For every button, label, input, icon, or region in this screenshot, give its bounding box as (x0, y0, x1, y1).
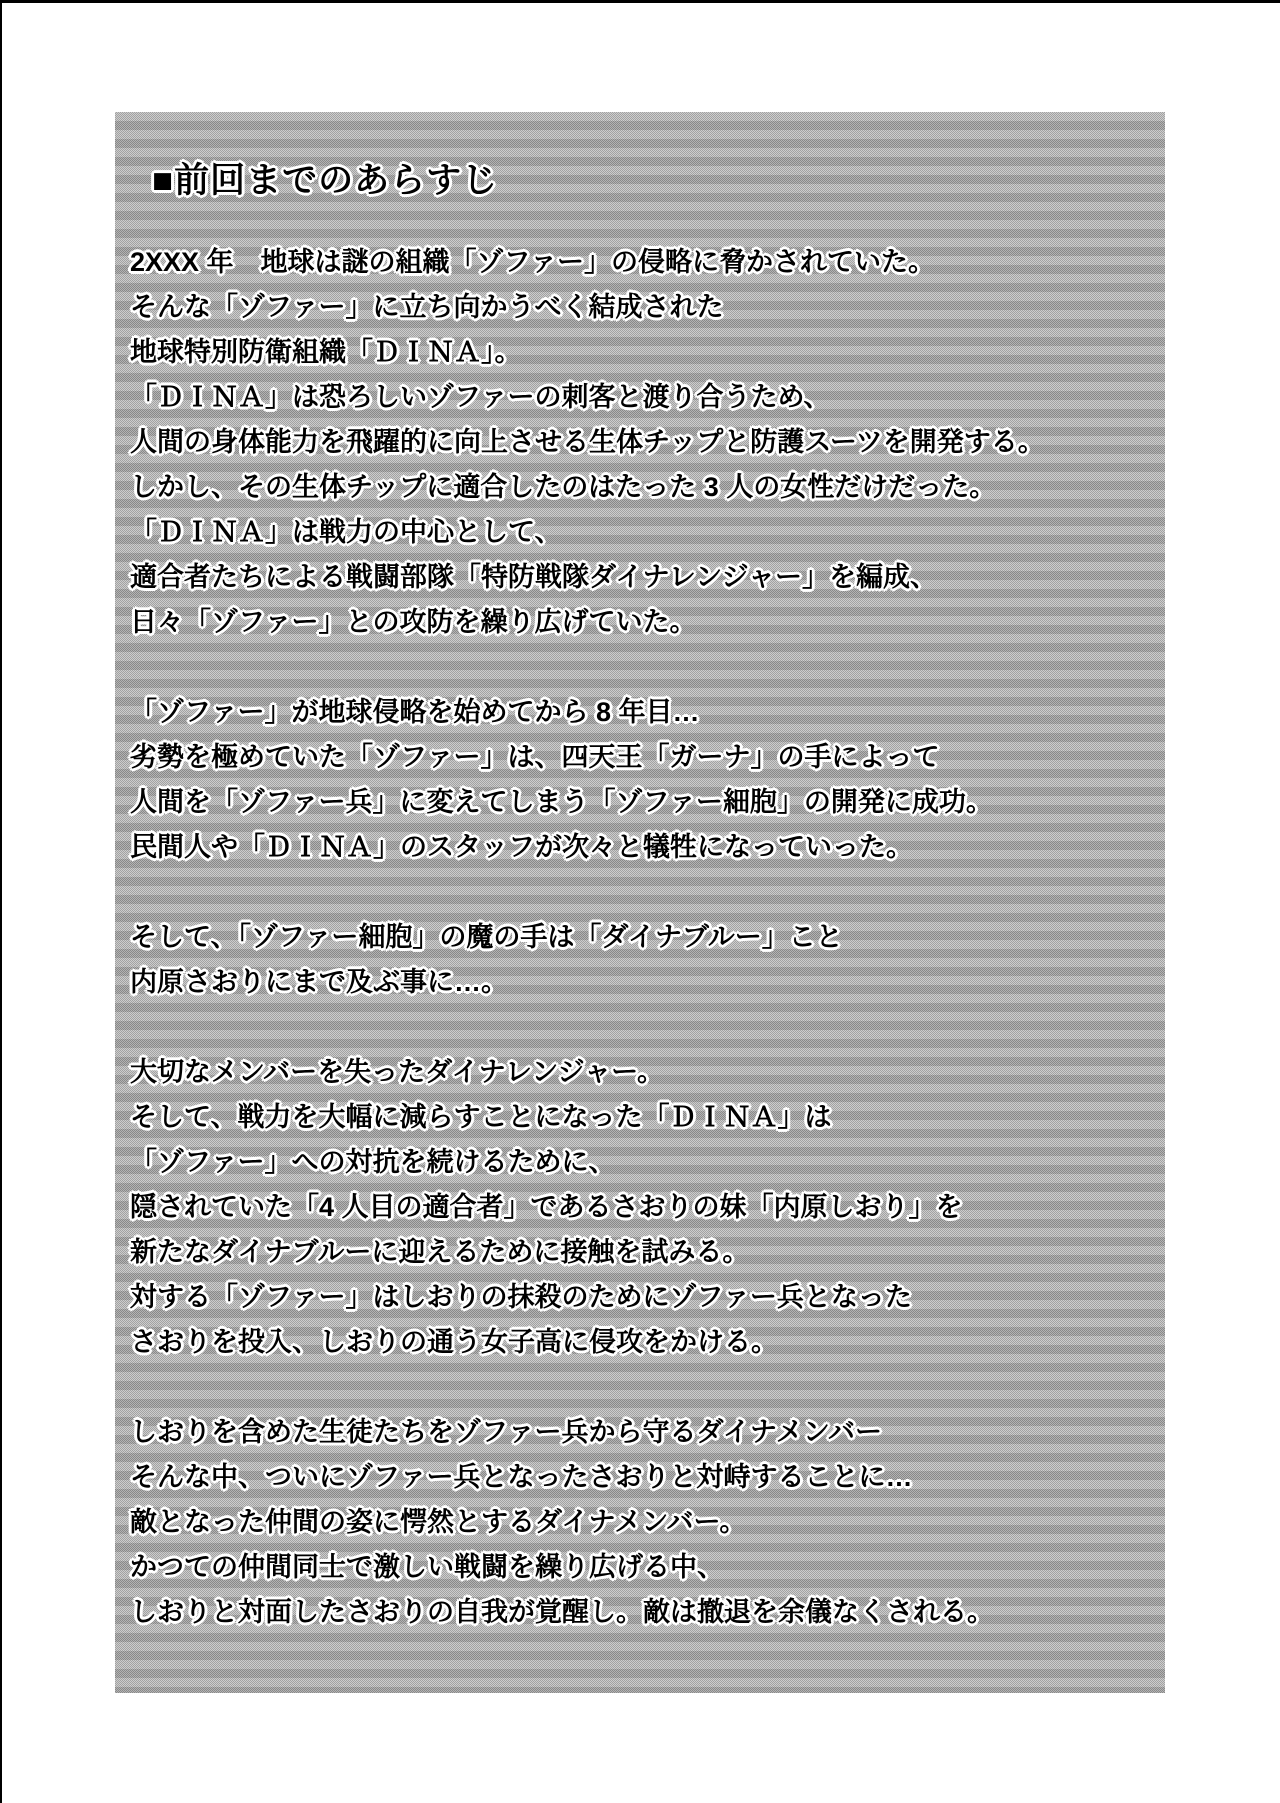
synopsis-line: 地球特別防衛組織「ＤＩＮＡ」。 (130, 330, 1165, 375)
synopsis-line: 2XXX 年 地球は謎の組織「ゾファー」の侵略に脅かされていた。 (130, 240, 1165, 285)
synopsis-line: そして、「ゾファー細胞」の魔の手は「ダイナブルー」こと (130, 915, 1165, 960)
synopsis-line: 「ゾファー」への対抗を続けるために、 (130, 1140, 1165, 1185)
synopsis-paragraph: そして、「ゾファー細胞」の魔の手は「ダイナブルー」こと 内原さおりにまで及ぶ事に… (130, 915, 1165, 1005)
synopsis-line: 対する「ゾファー」はしおりの抹殺のためにゾファー兵となった (130, 1275, 1165, 1320)
synopsis-line: しおりと対面したさおりの自我が覚醒し。敵は撤退を余儀なくされる。 (130, 1590, 1165, 1635)
synopsis-line: 適合者たちによる戦闘部隊「特防戦隊ダイナレンジャー」を編成、 (130, 555, 1165, 600)
synopsis-paragraph: しおりを含めた生徒たちをゾファー兵から守るダイナメンバー そんな中、ついにゾファ… (130, 1410, 1165, 1635)
synopsis-line: しかし、その生体チップに適合したのはたった 3 人の女性だけだった。 (130, 465, 1165, 510)
synopsis-paragraph: 大切なメンバーを失ったダイナレンジャー。 そして、戦力を大幅に減らすことになった… (130, 1050, 1165, 1365)
synopsis-line: 日々「ゾファー」との攻防を繰り広げていた。 (130, 600, 1165, 645)
synopsis-line: 「ＤＩＮＡ」は恐ろしいゾファーの刺客と渡り合うため、 (130, 375, 1165, 420)
synopsis-line: 人間の身体能力を飛躍的に向上させる生体チップと防護スーツを開発する。 (130, 420, 1165, 465)
synopsis-line: 「ゾファー」が地球侵略を始めてから 8 年目… (130, 690, 1165, 735)
page-title: ■前回までのあらすじ (152, 158, 1165, 203)
synopsis-line: 内原さおりにまで及ぶ事に…。 (130, 960, 1165, 1005)
synopsis-line: さおりを投入、しおりの通う女子高に侵攻をかける。 (130, 1320, 1165, 1365)
synopsis-line: 新たなダイナブルーに迎えるために接触を試みる。 (130, 1230, 1165, 1275)
synopsis-line: しおりを含めた生徒たちをゾファー兵から守るダイナメンバー (130, 1410, 1165, 1455)
synopsis-paragraph: 2XXX 年 地球は謎の組織「ゾファー」の侵略に脅かされていた。 そんな「ゾファ… (130, 240, 1165, 645)
synopsis-line: 大切なメンバーを失ったダイナレンジャー。 (130, 1050, 1165, 1095)
synopsis-paragraph: 「ゾファー」が地球侵略を始めてから 8 年目… 劣勢を極めていた「ゾファー」は、… (130, 690, 1165, 870)
synopsis-body: 2XXX 年 地球は謎の組織「ゾファー」の侵略に脅かされていた。 そんな「ゾファ… (130, 240, 1165, 1635)
synopsis-line: 人間を「ゾファー兵」に変えてしまう「ゾファー細胞」の開発に成功。 (130, 780, 1165, 825)
synopsis-line: そして、戦力を大幅に減らすことになった「ＤＩＮＡ」は (130, 1095, 1165, 1140)
synopsis-line: そんな中、ついにゾファー兵となったさおりと対峙することに… (130, 1455, 1165, 1500)
synopsis-line: 敵となった仲間の姿に愕然とするダイナメンバー。 (130, 1500, 1165, 1545)
synopsis-line: 民間人や「ＤＩＮＡ」のスタッフが次々と犠牲になっていった。 (130, 825, 1165, 870)
synopsis-line: 劣勢を極めていた「ゾファー」は、四天王「ガーナ」の手によって (130, 735, 1165, 780)
scanned-document-page: ■前回までのあらすじ 2XXX 年 地球は謎の組織「ゾファー」の侵略に脅かされて… (0, 0, 1280, 1803)
synopsis-line: かつての仲間同士で激しい戦闘を繰り広げる中、 (130, 1545, 1165, 1590)
synopsis-line: そんな「ゾファー」に立ち向かうべく結成された (130, 285, 1165, 330)
synopsis-line: 「ＤＩＮＡ」は戦力の中心として、 (130, 510, 1165, 555)
synopsis-line: 隠されていた「4 人目の適合者」であるさおりの妹「内原しおり」を (130, 1185, 1165, 1230)
synopsis-panel: ■前回までのあらすじ 2XXX 年 地球は謎の組織「ゾファー」の侵略に脅かされて… (115, 112, 1165, 1693)
